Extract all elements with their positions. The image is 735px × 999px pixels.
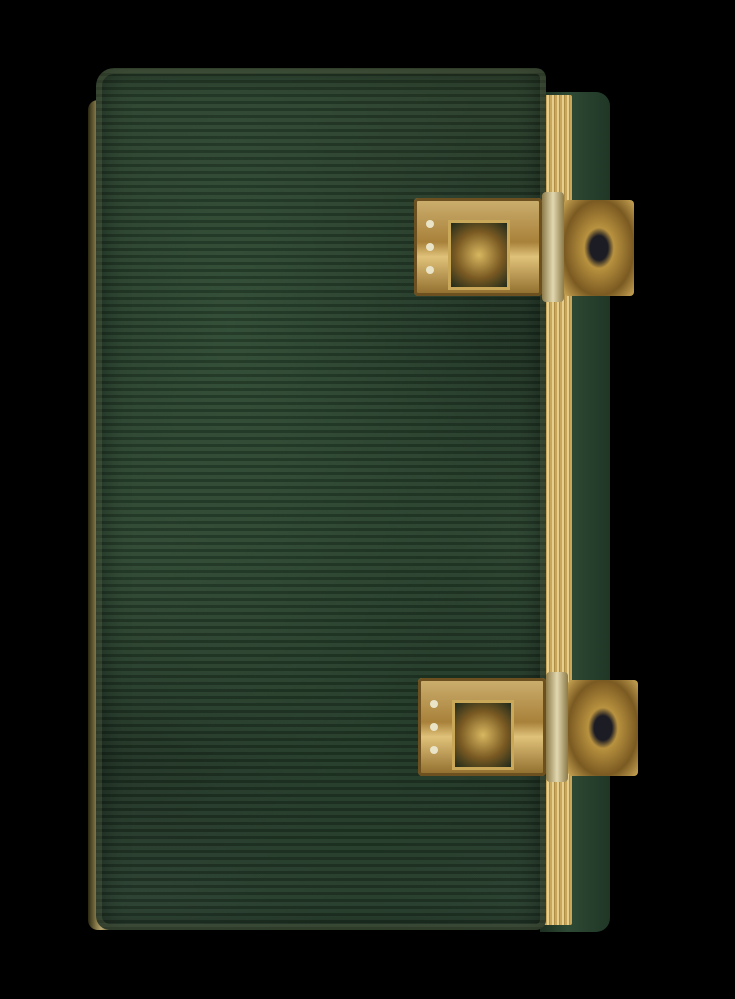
rivet-icon	[426, 266, 434, 274]
rivet-icon	[426, 243, 434, 251]
clasp-catch	[568, 680, 638, 776]
clasp-plate	[414, 198, 542, 296]
ornament-panel	[452, 700, 514, 770]
book-photograph: Antique book bound in green velvet with …	[0, 0, 735, 999]
clasp-hinge	[542, 192, 564, 302]
rivet-icon	[430, 746, 438, 754]
upper-clasp	[414, 192, 634, 302]
rivet-icon	[430, 700, 438, 708]
lower-clasp	[418, 672, 638, 782]
rivet-icon	[426, 220, 434, 228]
ornament-panel	[448, 220, 510, 290]
clasp-catch	[564, 200, 634, 296]
rivet-icon	[430, 723, 438, 731]
clasp-hinge	[546, 672, 568, 782]
clasp-plate	[418, 678, 546, 776]
